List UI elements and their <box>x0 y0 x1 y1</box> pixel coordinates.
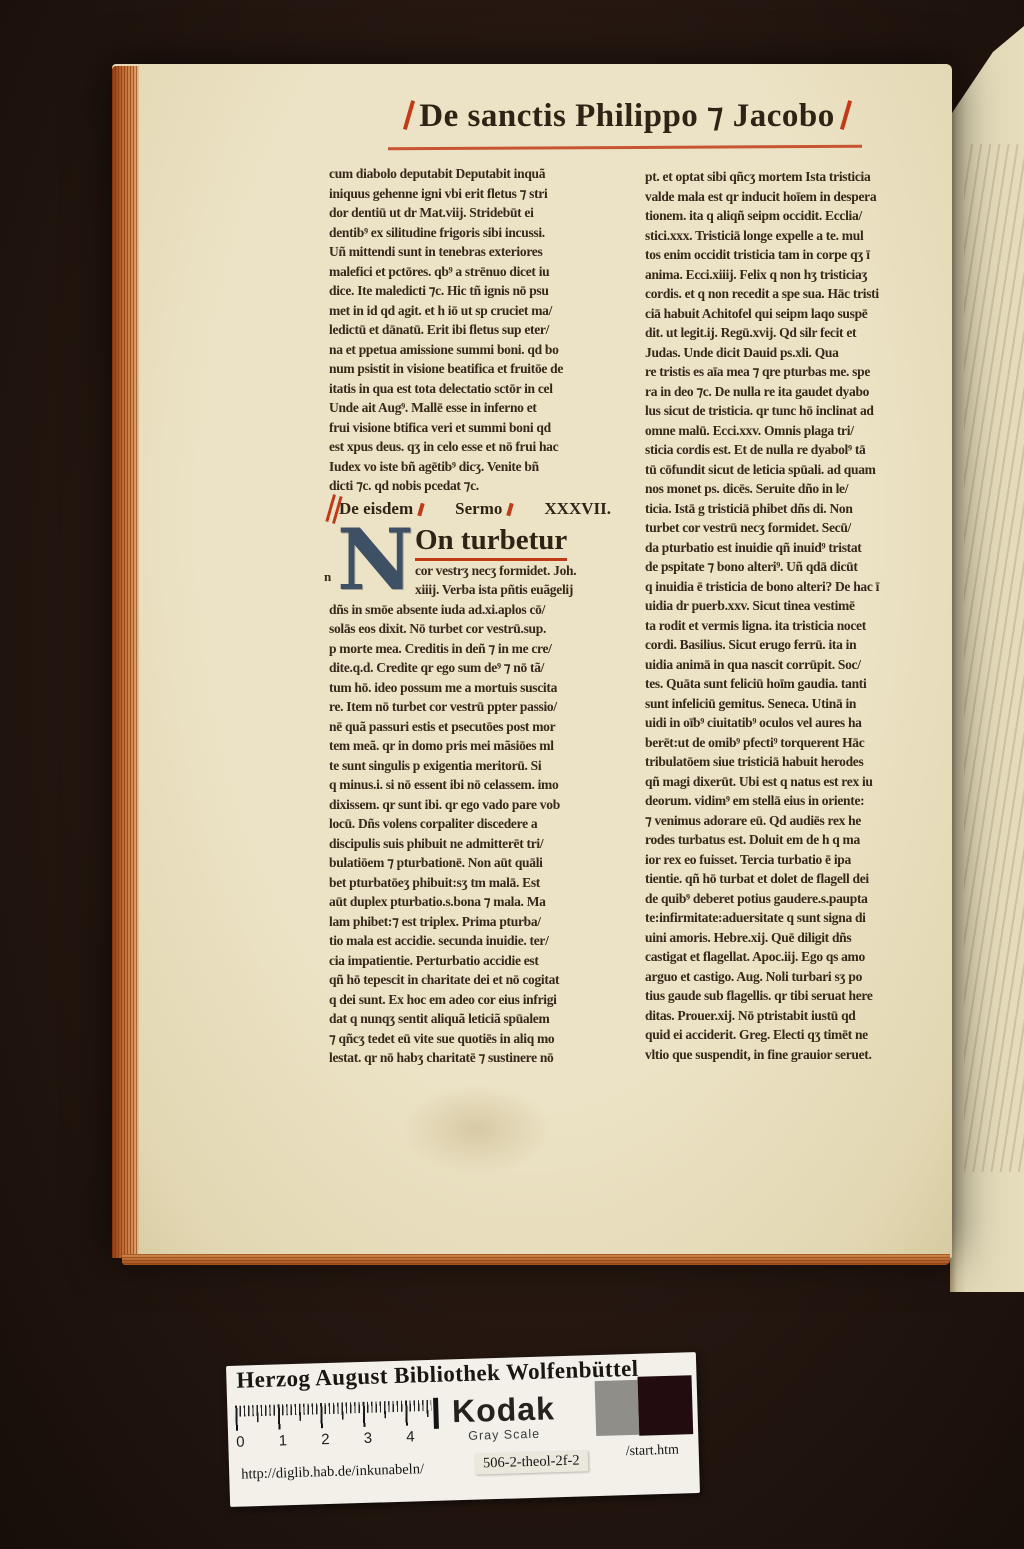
text-line: tes. Quāta sunt feliciū hoīm gaudia. tan… <box>645 674 941 694</box>
text-line: nē quã passuri estis et psecutōes post m… <box>329 717 625 737</box>
text-line: cor vestrʒ necʒ formidet. Joh. <box>415 561 625 581</box>
text-line: qñ hō tepescit in charitate dei et nō co… <box>329 970 625 990</box>
text-line: te:infirmitate:aduersitate q sunt signa … <box>645 908 941 928</box>
book-page: De sanctis Philippo ⁊ Jacobo cum diabolo… <box>112 64 952 1258</box>
ruler-numbers: 01234 <box>236 1426 449 1452</box>
text-line: Judas. Unde dicit Dauid ps.xli. Qua <box>645 343 941 363</box>
page-header-title: De sanctis Philippo ⁊ Jacobo <box>419 95 834 135</box>
text-line: 3 <box>363 1428 406 1449</box>
text-line: q inuidia ē tristicia de bono alteri? De… <box>645 577 941 597</box>
text-line: tius gaude sub flagellis. qr tibi seruat… <box>645 986 941 1006</box>
text-line: tribulatōem siue tristiciā habuit herode… <box>645 752 941 772</box>
facing-page-edge <box>950 24 1024 1292</box>
text-line: omne malū. Ecci.xxv. Omnis plaga tri/ <box>645 421 941 441</box>
text-line: frui visione btifica veri et summi boni … <box>329 418 625 438</box>
photo-background: { "header": { "title": "De sanctis Phili… <box>0 0 1024 1549</box>
text-line: valde mala est qr inducit hoīem in despe… <box>645 187 941 207</box>
text-line: xiiij. Verba ista pñtis euãgelij <box>415 580 625 600</box>
text-line: rodes turbatus est. Doluit em de h q ma <box>645 830 941 850</box>
text-line: tem meã. qr in domo pris mei mãsiōes ml <box>329 736 625 756</box>
ruler: 01234 <box>235 1398 443 1462</box>
text-line: bet pturbatōeʒ phibuit:sʒ tm malā. Est <box>329 873 625 893</box>
facing-page-text-showthrough <box>964 144 1024 1172</box>
text-line: tum hō. ideo possum me a mortuis suscita <box>329 678 625 698</box>
text-line: met in id qd agit. et h iō ut sp cruciet… <box>329 301 625 321</box>
guide-letter: n <box>324 569 331 585</box>
text-line: te sunt singulis p exigentia meritorū. S… <box>329 756 625 776</box>
text-line: cordis. et q non recedit a spe sua. Hāc … <box>645 284 941 304</box>
dark-scale-patch <box>638 1375 694 1436</box>
shelfmark: 506-2-theol-2f-2 <box>475 1450 588 1474</box>
text-line: ledictū et dānatū. Erit ibi fletus sup e… <box>329 320 625 340</box>
text-line: cordi. Basilius. Sicut erugo ferrū. ita … <box>645 635 941 655</box>
text-line: aūt duplex pturbatio.s.bona ⁊ mala. Ma <box>329 892 625 912</box>
text-line: cum diabolo deputabit Deputabit inquã <box>329 164 625 184</box>
text-line: uidi in oīb⁹ ciuitatib⁹ oculos vel aures… <box>645 713 941 733</box>
right-column-lines: pt. et optat sibi qñcʒ mortem Ista trist… <box>645 167 941 1064</box>
text-line: bulatiōem ⁊ pturbationē. Non aūt quāli <box>329 853 625 873</box>
text-line: malefici et pctōres. qb⁹ a strēnuo dicet… <box>329 262 625 282</box>
text-line: ta rodit et vermis ligna. ita tristicia … <box>645 616 941 636</box>
section-header-text: XXXVII. <box>544 499 611 519</box>
text-line: dat q nunqʒ sentit aliquã leticiã spūale… <box>329 1009 625 1029</box>
fore-edge <box>112 66 139 1258</box>
rubric-slash-icon <box>417 502 424 515</box>
section-header-number: XXXVII. <box>544 499 611 519</box>
text-line: discipulis suis phibuit ne admitterēt tr… <box>329 834 625 854</box>
text-line: uidia animā in qua nascit corrūpit. Soc/ <box>645 655 941 675</box>
text-line: p morte mea. Creditis in deñ ⁊ in me cre… <box>329 639 625 659</box>
text-line: ⁊ qñcʒ tedet eū vite sue quotiēs in aliq… <box>329 1029 625 1049</box>
text-line: est xpus deus. qʒ in celo esse et nō fru… <box>329 437 625 457</box>
text-line: berēt:ut de omib⁹ pfecti⁹ torquerent Hāc <box>645 733 941 753</box>
footer-label: Herzog August Bibliothek Wolfenbüttel 01… <box>226 1352 700 1507</box>
incipit-lines: cor vestrʒ necʒ formidet. Joh.xiiij. Ver… <box>415 561 625 600</box>
text-line: sticia cordis est. Et de nulla re dyabol… <box>645 440 941 460</box>
text-line: turbet cor vestrū necʒ formidet. Secū/ <box>645 518 941 538</box>
text-line: tū cōfundit sicut de leticia spūali. ad … <box>645 460 941 480</box>
ruler-ticks <box>235 1400 432 1431</box>
text-line: ditas. Prouer.xij. Nō ptristabit iustū q… <box>645 1006 941 1026</box>
text-line: lus sicut de tristicia. qr tunc hō incli… <box>645 401 941 421</box>
text-line: lestat. qr nō habʒ charitatē ⁊ sustinere… <box>329 1048 625 1068</box>
text-line: tientie. qñ hō turbat et dolet de flagel… <box>645 869 941 889</box>
text-line: dor dentiū ut dr Mat.viij. Stridebūt ei <box>329 203 625 223</box>
text-line: solās eos dixit. Nō turbet cor vestrū.su… <box>329 619 625 639</box>
text-line: q minus.i. si nō essent ibi nō celassem.… <box>329 775 625 795</box>
rubric-underline <box>388 145 862 150</box>
text-line: ra in deo ⁊c. De nulla re ita gaudet dya… <box>645 382 941 402</box>
text-line: tionem. ita q aliqñ seipm occidit. Eccli… <box>645 206 941 226</box>
text-line: da pturbatio est inuidie qñ inuid⁹ trist… <box>645 538 941 558</box>
text-line: castigat et flagellat. Apoc.iij. Ego qs … <box>645 947 941 967</box>
rubric-slash-icon <box>840 100 852 130</box>
text-line: na et ppetua amissione summi boni. qd bo <box>329 340 625 360</box>
text-line: cia impatientie. Perturbatio accidie est <box>329 951 625 971</box>
text-line: itatis in qua est tota delectatio sctōr … <box>329 379 625 399</box>
text-line: stici.xxx. Tristiciā longe expelle a te.… <box>645 226 941 246</box>
left-column-part2: dñs in smōe absente iuda ad.xi.aplos cō/… <box>329 600 625 1068</box>
text-line: arguo et castigo. Aug. Noli turbari sʒ p… <box>645 967 941 987</box>
rubric-slash-icon <box>403 100 415 130</box>
rubric-slash-icon <box>507 502 514 515</box>
text-line: q dei sunt. Ex hoc em adeo cor eius infr… <box>329 990 625 1010</box>
text-line: re. Item nō turbet cor vestrū ppter pass… <box>329 697 625 717</box>
incipit-heading: On turbetur <box>415 523 567 561</box>
text-line: ⁊ venimus adorare eū. Qd audiēs rex he <box>645 811 941 831</box>
text-line: uini amoris. Hebre.xij. Quē diligit dñs <box>645 928 941 948</box>
text-line: quid ei acciderit. Greg. Electi qʒ timēt… <box>645 1025 941 1045</box>
gray-scale-patch <box>595 1380 640 1436</box>
text-line: ior rex eo fuisset. Tercia turbatio ē ip… <box>645 850 941 870</box>
text-line: dixissem. qr sunt ibi. qr ego vado pare … <box>329 795 625 815</box>
section-header-sermo: Sermo <box>455 499 514 519</box>
text-line: de quib⁹ deberet potius gaudere.s.paupta <box>645 889 941 909</box>
text-line: vltio que suspendit, in fine grauior ser… <box>645 1045 941 1065</box>
text-line: de pspitate ⁊ bono alteri⁹. Uñ qdā dicūt <box>645 557 941 577</box>
text-line: ticia. Istā g tristiciā phibet dñs di. N… <box>645 499 941 519</box>
text-line: deorum. vidim⁹ em stellā eius in oriente… <box>645 791 941 811</box>
incipit-block: n N On turbetur cor vestrʒ necʒ formidet… <box>329 523 625 600</box>
text-line: anima. Ecci.xiiij. Felix q non hʒ tristi… <box>645 265 941 285</box>
kodak-logo: Kodak <box>439 1392 568 1428</box>
text-line: dice. Ite maledicti ⁊c. Hic tñ ignis nō … <box>329 281 625 301</box>
text-column-left: cum diabolo deputabit Deputabit inquãini… <box>329 164 625 1068</box>
initial-capital-N: N <box>337 520 414 600</box>
ruler-end-bar <box>433 1398 439 1429</box>
page-stain <box>402 1084 552 1174</box>
text-line: dite.q.d. Credite qr ego sum de⁹ ⁊ nō tã… <box>329 658 625 678</box>
page-header: De sanctis Philippo ⁊ Jacobo <box>384 95 870 135</box>
text-line: sunt infeliciū gemitus. Seneca. Utinā in <box>645 694 941 714</box>
kodak-block: Kodak Gray Scale <box>439 1392 568 1444</box>
text-line: locū. Dñs volens corpaliter discedere a <box>329 814 625 834</box>
url-text: http://diglib.hab.de/inkunabeln/ <box>241 1461 424 1483</box>
text-line: uidia dr puerb.xxv. Sicut tinea vestimē <box>645 596 941 616</box>
text-line: dicti ⁊c. qd nobis pcedat ⁊c. <box>329 476 625 496</box>
text-line: 2 <box>321 1429 364 1450</box>
start-link: /start.htm <box>625 1443 679 1461</box>
text-line: lam phibet:⁊ est triplex. Prima pturba/ <box>329 912 625 932</box>
left-column-part1: cum diabolo deputabit Deputabit inquãini… <box>329 164 625 496</box>
bottom-page-edge <box>122 1254 950 1265</box>
text-line: num psistit in visione beatifica et frui… <box>329 359 625 379</box>
text-line: re tristis es aīa mea ⁊ qre pturbas me. … <box>645 362 941 382</box>
text-line: Iudex vo iste bñ agētib⁹ dicʒ. Venite bñ <box>329 457 625 477</box>
text-line: nos monet ps. dicēs. Seruite dño in le/ <box>645 479 941 499</box>
text-line: Unde ait Aug⁹. Mallē esse in inferno et <box>329 398 625 418</box>
text-line: tio mala est accidie. secunda inuidie. t… <box>329 931 625 951</box>
text-line: 0 <box>236 1431 279 1452</box>
text-line: dit. ut legit.ij. Regū.xvij. Qd silr fec… <box>645 323 941 343</box>
text-line: tos enim occidit tristicia tam in corpe … <box>645 245 941 265</box>
text-line: iniquus gehenne igni vbi erit fletus ⁊ s… <box>329 184 625 204</box>
section-header-text: Sermo <box>455 499 502 519</box>
text-line: 1 <box>278 1430 321 1451</box>
text-line: dentib⁹ ex silitudine frigoris sibi incu… <box>329 223 625 243</box>
text-line: qñ magi dixerūt. Ubi est q natus est rex… <box>645 772 941 792</box>
text-column-right: pt. et optat sibi qñcʒ mortem Ista trist… <box>645 167 941 1064</box>
text-line: pt. et optat sibi qñcʒ mortem Ista trist… <box>645 167 941 187</box>
text-line: ciā habuit Achitofel qui seipm laqo susp… <box>645 304 941 324</box>
text-line: Uñ mittendi sunt in tenebras exteriores <box>329 242 625 262</box>
